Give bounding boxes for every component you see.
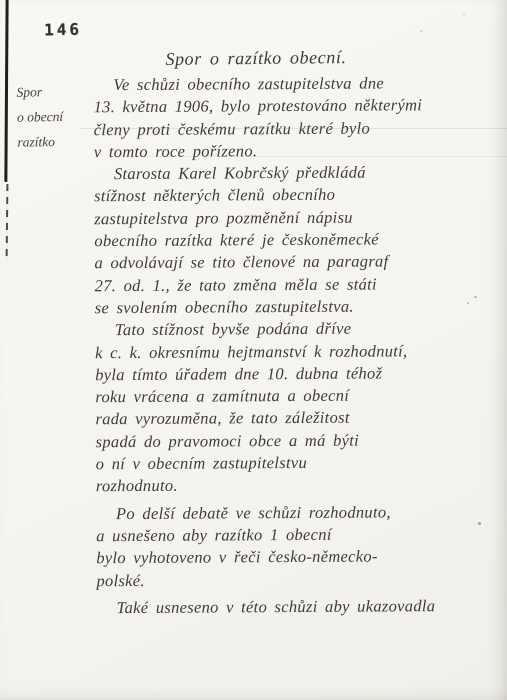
manuscript-line: rada vyrozuměna, že tato záležitost bbox=[95, 406, 500, 431]
margin-note-line: Spor bbox=[16, 78, 98, 104]
manuscript-line: v tomto roce pořízeno. bbox=[94, 139, 499, 164]
binding-edge-line bbox=[4, 0, 8, 182]
manuscript-line: 27. od. 1., že tato změna měla se státi bbox=[95, 272, 500, 297]
manuscript-text-block: Ve schůzi obecního zastupitelstva dne 13… bbox=[93, 72, 501, 620]
margin-note: Spor o obecní razítko bbox=[16, 78, 99, 154]
manuscript-line: k c. k. okresnímu hejtmanství k rozhodnu… bbox=[95, 339, 500, 364]
margin-note-line: o obecní bbox=[17, 103, 99, 129]
manuscript-line: zastupitelstva pro pozměnění nápisu bbox=[94, 206, 499, 231]
manuscript-line: stížnost některých členů obecního bbox=[94, 183, 499, 208]
manuscript-line: bylo vyhotoveno v řeči česko-německo- bbox=[96, 545, 501, 570]
manuscript-line: Po delší debatě ve schůzi rozhodnuto, bbox=[96, 500, 501, 525]
manuscript-line: spadá do pravomoci obce a má býti bbox=[96, 429, 501, 454]
manuscript-page: 146 Spor o razítko obecní. Spor o obecní… bbox=[0, 0, 507, 700]
ruled-line-artifact bbox=[80, 128, 507, 129]
ink-speck bbox=[474, 296, 477, 298]
manuscript-line: byla tímto úřadem dne 10. dubna téhož bbox=[95, 362, 500, 387]
manuscript-line: Také usneseno v této schůzi aby ukazovad… bbox=[97, 595, 502, 620]
ink-speck bbox=[420, 30, 423, 32]
manuscript-line: polské. bbox=[96, 567, 501, 592]
manuscript-line: Tato stížnost byvše podána dříve bbox=[95, 317, 500, 342]
ink-speck bbox=[478, 522, 481, 525]
manuscript-line: a usnešeno aby razítko 1 obecní bbox=[96, 523, 501, 548]
binding-edge-line-lower bbox=[6, 184, 9, 262]
manuscript-line: 13. května 1906, bylo protestováno někte… bbox=[93, 94, 498, 119]
document-title: Spor o razítko obecní. bbox=[128, 47, 384, 71]
ink-speck bbox=[467, 302, 469, 304]
ruled-line-artifact bbox=[120, 156, 507, 157]
manuscript-line: Starosta Karel Kobrčský předkládá bbox=[94, 161, 499, 186]
manuscript-line: rozhodnuto. bbox=[96, 473, 501, 498]
manuscript-line: o ní v obecním zastupitelstvu bbox=[96, 451, 501, 476]
margin-note-line: razítko bbox=[17, 128, 99, 154]
manuscript-line: obecního razítka které je českoněmecké bbox=[94, 228, 499, 253]
manuscript-line: a odvolávají se tito členové na paragraf bbox=[94, 250, 499, 275]
manuscript-line: se svolením obecního zastupitelstva. bbox=[95, 295, 500, 320]
page-number-stamp: 146 bbox=[44, 20, 82, 40]
manuscript-line: Ve schůzi obecního zastupitelstva dne bbox=[93, 72, 498, 97]
ink-speck bbox=[463, 14, 465, 16]
manuscript-line: roku vrácena a zamítnuta a obecní bbox=[95, 384, 500, 409]
